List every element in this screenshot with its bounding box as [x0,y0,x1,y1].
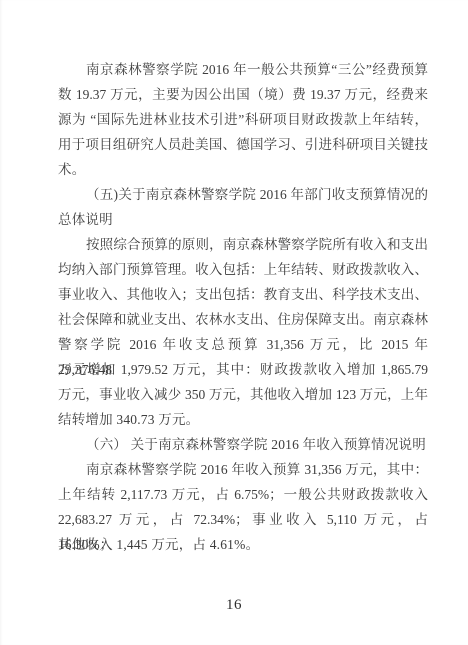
text-line: （五)关于南京森林警察学院 2016 年部门收支预算情况的 [58,182,428,207]
text-line: （六） 关于南京森林警察学院 2016 年收入预算情况说明 [58,432,428,457]
text-line: 术。 [58,157,428,182]
text-line: 结转增加 340.73 万元。 [58,407,428,432]
text-line: 万元，事业收入减少 350 万元，其他收入增加 123 万元，上年 [58,382,428,407]
text-line: 南京森林警察学院 2016 年收入预算 31,356 万元，其中： [58,457,428,482]
text-line: 用于项目组研究人员赴美国、德国学习、引进科研项目关键技 [58,132,428,157]
text-line: 上年结转 2,117.73 万元，占 6.75%；一般公共财政拨款收入 [58,482,428,507]
text-line: 其他收入 1,445 万元，占 4.61%。 [58,532,428,557]
text-line: 源为 “国际先进林业技术引进”科研项目财政拨款上年结转， [58,107,428,132]
text-line: 均纳入部门预算管理。收入包括：上年结转、财政拨款收入、 [58,257,428,282]
text-line: 南京森林警察学院 2016 年一般公共预算“三公”经费预算 [58,57,428,82]
text-line: 数 19.37 万元，主要为因公出国（境）费 19.37 万元，经费来 [58,82,428,107]
document-page: 南京森林警察学院 2016 年一般公共预算“三公”经费预算数 19.37 万元，… [0,0,468,645]
text-line: 总体说明 [58,207,428,232]
text-line: 万元增加 1,979.52 万元，其中：财政拨款收入增加 1,865.79 [58,357,428,382]
text-line: 警察学院 2016 年收支总预算 31,356 万元，比 2015 年 29,3… [58,332,428,357]
text-line: 事业收入、其他收入；支出包括：教育支出、科学技术支出、 [58,282,428,307]
text-line: 22,683.27 万元，占 72.34%；事业收入 5,110 万元，占 16… [58,507,428,532]
text-line: 社会保障和就业支出、农林水支出、住房保障支出。南京森林 [58,307,428,332]
text-line: 按照综合预算的原则，南京森林警察学院所有收入和支出 [58,232,428,257]
page-number: 16 [0,597,468,614]
document-body: 南京森林警察学院 2016 年一般公共预算“三公”经费预算数 19.37 万元，… [58,57,428,557]
